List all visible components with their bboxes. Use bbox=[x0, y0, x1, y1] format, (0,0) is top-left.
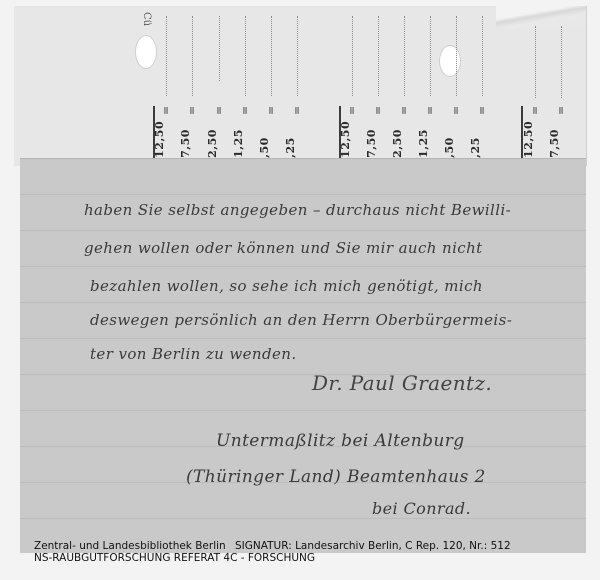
dotted-guide bbox=[352, 16, 353, 96]
address-line: bei Conrad. bbox=[372, 499, 471, 518]
equals-sign: = bbox=[424, 104, 437, 118]
dotted-guide bbox=[271, 16, 272, 96]
amount-cell: =67,50 bbox=[554, 104, 568, 166]
equals-sign: = bbox=[529, 104, 542, 118]
amount-cell: =4,50 bbox=[449, 104, 463, 166]
torn-corner bbox=[496, 6, 586, 28]
letter-line: haben Sie selbst angegeben – durchaus ni… bbox=[84, 201, 511, 219]
equals-sign: = bbox=[346, 104, 359, 118]
corner-mark: Cü bbox=[141, 12, 152, 26]
receipt-strip: Cü =112,50 =67,50 =22,50 =11,25 =4,50 =2… bbox=[14, 6, 587, 166]
dotted-guide bbox=[561, 26, 562, 98]
dotted-guide bbox=[297, 16, 298, 96]
handwritten-letter: haben Sie selbst angegeben – durchaus ni… bbox=[20, 158, 586, 553]
footer-signatur: SIGNATUR: Landesarchiv Berlin, C Rep. 12… bbox=[235, 540, 511, 552]
equals-sign: = bbox=[372, 104, 385, 118]
amount-cell: =112,50 bbox=[159, 104, 173, 166]
letter-line: deswegen persönlich an den Herrn Oberbür… bbox=[90, 311, 512, 329]
dotted-guide bbox=[166, 16, 167, 96]
equals-sign: = bbox=[291, 104, 304, 118]
amount-cell: =2,25 bbox=[290, 104, 304, 166]
equals-sign: = bbox=[160, 104, 173, 118]
dotted-guide bbox=[430, 16, 431, 96]
equals-sign: = bbox=[239, 104, 252, 118]
amount-cell: =112,50 bbox=[345, 104, 359, 166]
equals-sign: = bbox=[186, 104, 199, 118]
punch-hole-left bbox=[136, 36, 156, 68]
equals-sign: = bbox=[398, 104, 411, 118]
punch-hole-right bbox=[440, 46, 460, 76]
amount-cell: =67,50 bbox=[185, 104, 199, 166]
letter-line: bezahlen wollen, so sehe ich mich genöti… bbox=[90, 277, 483, 295]
amount-cell: =22,50 bbox=[397, 104, 411, 166]
amount-cell: =112,50 bbox=[528, 104, 542, 166]
dotted-guide bbox=[456, 16, 457, 96]
dotted-guide bbox=[219, 16, 220, 81]
letter-line: gehen wollen oder können und Sie mir auc… bbox=[84, 239, 483, 257]
amount-cell: =4,50 bbox=[264, 104, 278, 166]
equals-sign: = bbox=[213, 104, 226, 118]
address-line: Untermaßlitz bei Altenburg bbox=[216, 431, 465, 451]
signature: Dr. Paul Graentz. bbox=[312, 371, 492, 395]
dotted-guide bbox=[404, 16, 405, 96]
dotted-guide bbox=[192, 16, 193, 96]
equals-sign: = bbox=[265, 104, 278, 118]
equals-sign: = bbox=[476, 104, 489, 118]
equals-sign: = bbox=[450, 104, 463, 118]
dotted-guide bbox=[378, 16, 379, 96]
address-line: (Thüringer Land) Beamtenhaus 2 bbox=[186, 467, 486, 487]
letter-line: ter von Berlin zu wenden. bbox=[90, 345, 297, 363]
amount-cell: =11,25 bbox=[238, 104, 252, 166]
dotted-guide bbox=[535, 26, 536, 98]
dotted-guide bbox=[482, 16, 483, 96]
footer-institution: Zentral- und Landesbibliothek Berlin bbox=[34, 540, 226, 552]
amount-cell: =11,25 bbox=[423, 104, 437, 166]
amount-cell: =22,50 bbox=[212, 104, 226, 166]
amount-cell: =67,50 bbox=[371, 104, 385, 166]
dotted-guide bbox=[245, 16, 246, 96]
footer-department: NS-RAUBGUTFORSCHUNG REFERAT 4C - FORSCHU… bbox=[34, 552, 315, 564]
equals-sign: = bbox=[555, 104, 568, 118]
amount-cell: =2,25 bbox=[475, 104, 489, 166]
